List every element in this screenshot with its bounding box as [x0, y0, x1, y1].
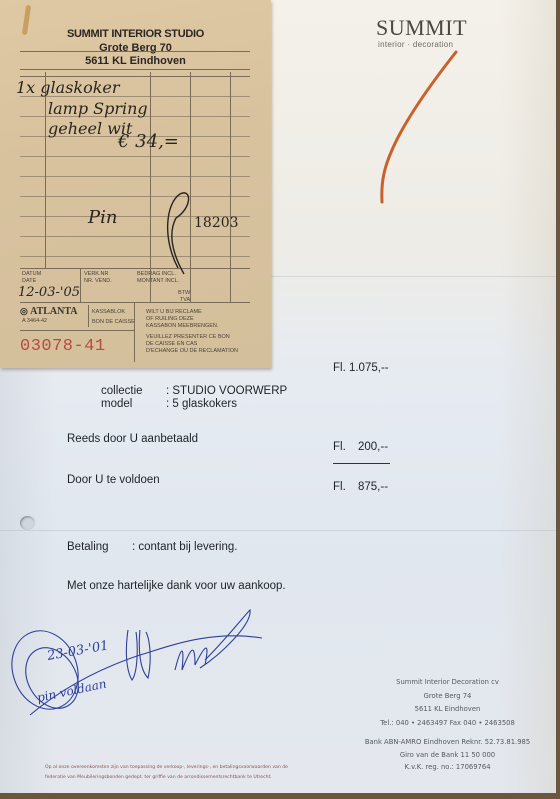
- receipt-street: Grote Berg 70: [0, 42, 271, 54]
- notice-dutch: WILT U BIJ RECLAME OF RUILING DEZE KASSA…: [146, 309, 218, 330]
- due-label: Door U te voldoen: [67, 474, 160, 486]
- stapled-receipt: SUMMIT INTERIOR STUDIO Grote Berg 70 561…: [0, 0, 271, 368]
- notice-french: VEUILLEZ PRESENTER CE BON DE CAISSE EN C…: [146, 334, 238, 355]
- receipt-ref-number: 18203: [194, 215, 239, 231]
- bank-account: Bank ABN-AMRO Eindhoven Reknr. 52.73.81.…: [340, 736, 555, 749]
- receipt-initial-mark: [158, 188, 198, 278]
- receipt-brand-code: A 3464-42: [22, 318, 47, 324]
- receipt-brand: ◎ ATLANTA: [20, 306, 78, 317]
- company-street: Grote Berg 74: [340, 690, 555, 704]
- receipt-payment-note: Pin: [88, 207, 117, 228]
- payment-label: Betaling: [67, 541, 109, 553]
- company-phone: Tel.: 040 • 2463497 Fax 040 • 2463508: [340, 717, 555, 731]
- receipt-item-line: lamp Spring: [48, 99, 148, 118]
- signature-note: pin voldaan: [36, 677, 108, 705]
- receipt-shop-name: SUMMIT INTERIOR STUDIO: [0, 28, 271, 40]
- signature-date: 23-03-'01: [45, 638, 110, 664]
- company-bank-info: Bank ABN-AMRO Eindhoven Reknr. 52.73.81.…: [340, 736, 555, 774]
- payment-value: : contant bij levering.: [132, 541, 237, 553]
- collection-label: collectie: [101, 385, 143, 397]
- punch-hole: [20, 516, 35, 530]
- eye-logo-icon: ◎: [20, 306, 30, 316]
- signature-scribble: 23-03-'01 pin voldaan: [0, 600, 280, 750]
- thanks-message: Met onze hartelijke dank voor uw aankoop…: [67, 580, 286, 592]
- paper-fold: [0, 530, 556, 531]
- paid-amount: 200,--: [358, 441, 388, 453]
- receipt-item-line: 1x glaskoker: [16, 78, 120, 97]
- seller-label: VERK.NR NR. VEND.: [84, 271, 112, 285]
- due-amount: 875,--: [358, 481, 388, 493]
- brand-swoosh-icon: [370, 50, 460, 210]
- receipt-number: 03078-41: [20, 337, 106, 356]
- giro-account: Giro van de Bank 11 50 000: [340, 749, 555, 762]
- invoice-sheet: SUMMIT interior · decoration SUMMIT INTE…: [0, 0, 556, 793]
- amount-label: BEDRAG INCL. MONTANT INCL.: [137, 271, 179, 285]
- invoice-total: Fl. 1.075,--: [333, 362, 389, 374]
- date-label: DATUM DATE: [22, 271, 41, 285]
- model-label: model: [101, 398, 132, 410]
- model-value: : 5 glaskokers: [166, 398, 237, 410]
- collection-value: : STUDIO VOORWERP: [166, 385, 287, 397]
- letterhead-tagline: interior · decoration: [378, 40, 453, 49]
- company-city: 5611 KL Eindhoven: [340, 703, 555, 717]
- receipt-date: 12-03-'05: [18, 285, 80, 300]
- company-address: Summit Interior Decoration cv Grote Berg…: [340, 676, 555, 730]
- vat-label: BTW TVA: [178, 290, 190, 304]
- paid-currency: Fl.: [333, 441, 346, 453]
- kvk-number: K.v.K. reg. no.: 17069764: [340, 761, 555, 774]
- due-currency: Fl.: [333, 481, 346, 493]
- letterhead-brand: SUMMIT: [376, 15, 467, 41]
- paid-label: Reeds door U aanbetaald: [67, 433, 198, 445]
- receipt-city: 5611 KL Eindhoven: [0, 55, 271, 67]
- receipt-amount: € 34,=: [118, 131, 179, 152]
- company-name: Summit Interior Decoration cv: [340, 676, 555, 690]
- form-type: KASSABLOK BON DE CAISSE: [92, 307, 135, 327]
- terms-notice: Op al onze overeenkomsten zijn van toepa…: [45, 763, 305, 783]
- sum-divider: [333, 463, 390, 464]
